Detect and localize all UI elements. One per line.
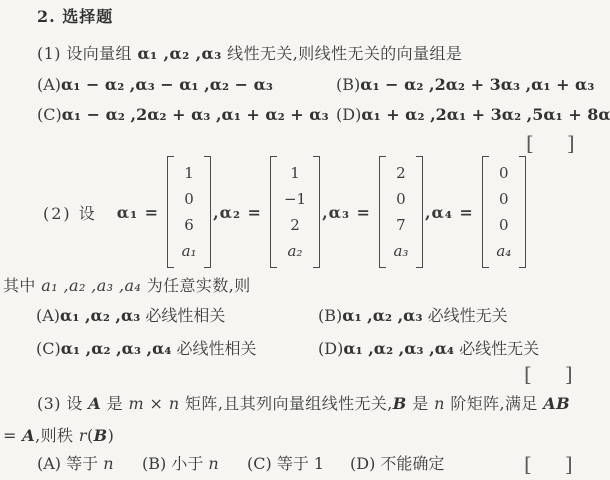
text-segment: ( xyxy=(87,426,94,445)
text-segment: A xyxy=(88,394,101,413)
text-segment: (A) xyxy=(37,75,61,94)
text-segment: 必线性无关 xyxy=(454,339,539,358)
text-segment: n xyxy=(103,454,113,473)
text-segment: 是 xyxy=(407,394,434,413)
question-3-option-d: (D) 不能确定 xyxy=(350,454,444,474)
text-segment: (3) 设 xyxy=(37,394,88,413)
question-1-option-d: (D)α₁ + α₂ ,2α₁ + 3α₂ ,5α₁ + 8α₂ xyxy=(336,105,610,125)
text-segment: α₁ − α₂ ,2α₂ + 3α₃ ,α₁ + α₃ xyxy=(360,75,594,94)
vector-alpha-4-label: ,α₄ = xyxy=(425,203,474,222)
text-segment: (D) xyxy=(318,339,343,358)
text-segment: 其中 xyxy=(3,276,41,295)
text-segment: A xyxy=(22,426,35,445)
bracket-open: [ xyxy=(524,454,532,474)
bracket-close: ] xyxy=(565,454,573,474)
text-segment: (D) xyxy=(336,105,361,124)
text-segment: r xyxy=(79,426,87,445)
matrix-entry: 0 xyxy=(496,160,512,186)
vector-alpha-2: ,α₂ = 1 −1 2 a₂ xyxy=(211,156,320,268)
matrix-right-bracket xyxy=(313,156,320,268)
text-segment: ) xyxy=(108,426,115,445)
matrix-entry: 2 xyxy=(284,212,306,238)
matrix-left-bracket xyxy=(270,156,277,268)
question-3-option-b: (B) 小于 n xyxy=(142,454,219,474)
question-3-stem-line-2: = A,则秩 r(B) xyxy=(3,426,114,446)
text-segment: (A) xyxy=(36,306,60,325)
matrix-left-bracket xyxy=(482,156,489,268)
text-segment: n xyxy=(434,394,445,413)
text-segment: α₁ ,α₂ ,α₃ ,α₄ xyxy=(61,339,172,358)
text-segment: α₁ ,α₂ ,α₃ xyxy=(137,44,221,63)
bracket-open: [ xyxy=(526,133,534,153)
bracket-open: [ xyxy=(524,364,532,384)
question-2-option-d: (D)α₁ ,α₂ ,α₃ ,α₄ 必线性无关 xyxy=(318,339,539,359)
text-segment: B xyxy=(94,426,108,445)
vector-alpha-3: ,α₃ = 2 0 7 a₃ xyxy=(320,156,423,268)
matrix-entry: 1 xyxy=(181,160,197,186)
text-segment: α₁ + α₂ ,2α₁ + 3α₂ ,5α₁ + 8α₂ xyxy=(361,105,610,124)
question-2-stem: (2) 设 α₁ = 1 0 6 a₁ ,α₂ = 1 −1 xyxy=(43,156,526,268)
answer-bracket-q2: [ ] xyxy=(524,364,573,384)
matrix-entry: a₂ xyxy=(284,238,306,264)
text-segment: m xyxy=(128,394,144,413)
text-segment: = xyxy=(3,426,22,445)
text-segment: α₁ − α₂ ,2α₂ + α₃ ,α₁ + α₂ + α₃ xyxy=(62,105,329,124)
text-segment: α₁ − α₂ ,α₃ − α₁ ,α₂ − α₃ xyxy=(61,75,273,94)
vector-alpha-1: α₁ = 1 0 6 a₁ xyxy=(115,156,211,268)
question-2-option-a: (A)α₁ ,α₂ ,α₃ 必线性相关 xyxy=(36,306,225,326)
text-segment: (A) 等于 xyxy=(37,454,103,473)
matrix-entry: 0 xyxy=(181,186,197,212)
text-segment: 阶矩阵,满足 xyxy=(445,394,543,413)
text-segment: α₁ ,α₂ ,α₃ xyxy=(60,306,140,325)
bracket-close: ] xyxy=(565,364,573,384)
text-segment: 为任意实数,则 xyxy=(141,276,250,295)
text-segment: n xyxy=(208,454,218,473)
bracket-close: ] xyxy=(567,133,575,153)
matrix-left-bracket xyxy=(379,156,386,268)
text-segment: (C) xyxy=(36,339,61,358)
answer-bracket-q3: [ ] xyxy=(524,454,573,474)
vector-alpha-1-label: α₁ = xyxy=(117,203,159,222)
text-segment: (B) xyxy=(336,75,360,94)
vector-alpha-2-label: ,α₂ = xyxy=(213,203,262,222)
question-1-option-c: (C)α₁ − α₂ ,2α₂ + α₃ ,α₁ + α₂ + α₃ xyxy=(37,105,329,125)
vector-alpha-4-matrix: 0 0 0 a₄ xyxy=(482,156,526,268)
matrix-entry: −1 xyxy=(284,186,306,212)
vector-alpha-4: ,α₄ = 0 0 0 a₄ xyxy=(423,156,526,268)
matrix-entry: a₃ xyxy=(393,238,409,264)
matrix-entry: a₄ xyxy=(496,238,512,264)
matrix-right-bracket xyxy=(519,156,526,268)
question-2-option-c: (C)α₁ ,α₂ ,α₃ ,α₄ 必线性相关 xyxy=(36,339,257,359)
question-2-note: 其中 a₁ ,a₂ ,a₃ ,a₄ 为任意实数,则 xyxy=(3,276,251,296)
question-1-option-a: (A)α₁ − α₂ ,α₃ − α₁ ,α₂ − α₃ xyxy=(37,75,273,95)
section-title: 2. 选择题 xyxy=(37,7,113,27)
question-3-option-a: (A) 等于 n xyxy=(37,454,114,474)
text-segment: (B) xyxy=(318,306,342,325)
matrix-right-bracket xyxy=(204,156,211,268)
vector-alpha-1-matrix: 1 0 6 a₁ xyxy=(167,156,211,268)
question-3-stem-line-1: (3) 设 A 是 m × n 矩阵,且其列向量组线性无关,B 是 n 阶矩阵,… xyxy=(37,394,570,414)
text-segment: ,则秩 xyxy=(35,426,79,445)
text-segment: 线性无关,则线性无关的向量组是 xyxy=(222,44,463,63)
text-segment: 必线性相关 xyxy=(171,339,256,358)
text-segment: (B) 小于 xyxy=(142,454,208,473)
answer-bracket-q1: [ ] xyxy=(526,133,575,153)
text-segment: 必线性无关 xyxy=(423,306,508,325)
textbook-page: 2. 选择题 (1) 设向量组 α₁ ,α₂ ,α₃ 线性无关,则线性无关的向量… xyxy=(0,0,610,480)
text-segment: (C) 等于 1 xyxy=(247,454,324,473)
matrix-entry: 0 xyxy=(496,212,512,238)
text-segment: B xyxy=(393,394,407,413)
question-2-intro: (2) 设 xyxy=(43,201,97,224)
text-segment: n xyxy=(169,394,180,413)
text-segment: × xyxy=(144,394,169,413)
text-segment: α₁ ,α₂ ,α₃ xyxy=(342,306,422,325)
vector-alpha-3-matrix: 2 0 7 a₃ xyxy=(379,156,423,268)
question-1-option-b: (B)α₁ − α₂ ,2α₂ + 3α₃ ,α₁ + α₃ xyxy=(336,75,594,95)
matrix-entry: 2 xyxy=(393,160,409,186)
text-segment: a₁ ,a₂ ,a₃ ,a₄ xyxy=(41,276,141,295)
question-2-option-b: (B)α₁ ,α₂ ,α₃ 必线性无关 xyxy=(318,306,508,326)
matrix-entry: 1 xyxy=(284,160,306,186)
matrix-entry: 7 xyxy=(393,212,409,238)
text-segment: 矩阵,且其列向量组线性无关, xyxy=(180,394,393,413)
matrix-left-bracket xyxy=(167,156,174,268)
text-segment: 是 xyxy=(101,394,128,413)
text-segment: (D) 不能确定 xyxy=(350,454,444,473)
vector-alpha-2-matrix: 1 −1 2 a₂ xyxy=(270,156,320,268)
text-segment: (1) 设向量组 xyxy=(37,44,137,63)
matrix-right-bracket xyxy=(416,156,423,268)
vector-alpha-3-label: ,α₃ = xyxy=(322,203,371,222)
matrix-entry: 0 xyxy=(393,186,409,212)
question-1-stem: (1) 设向量组 α₁ ,α₂ ,α₃ 线性无关,则线性无关的向量组是 xyxy=(37,44,462,64)
text-segment: (C) xyxy=(37,105,62,124)
text-segment: 必线性相关 xyxy=(140,306,225,325)
text-segment: α₁ ,α₂ ,α₃ ,α₄ xyxy=(343,339,454,358)
text-segment: AB xyxy=(543,394,570,413)
matrix-entry: 0 xyxy=(496,186,512,212)
matrix-entry: a₁ xyxy=(181,238,197,264)
matrix-entry: 6 xyxy=(181,212,197,238)
question-3-option-c: (C) 等于 1 xyxy=(247,454,324,474)
